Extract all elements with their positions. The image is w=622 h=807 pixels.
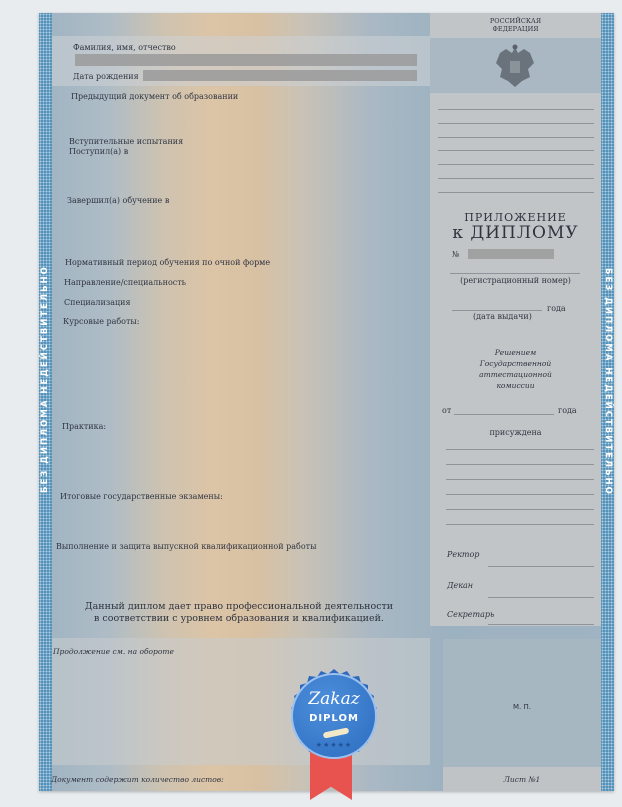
secretary-label: Секретарь — [447, 610, 494, 619]
decision-line-4: комиссии — [430, 381, 601, 390]
country-line-2: ФЕДЕРАЦИЯ — [430, 25, 601, 33]
issue-date-caption: (дата выдачи) — [473, 312, 532, 321]
continued-label: Продолжение см. на обороте — [53, 647, 174, 656]
from-label: от — [442, 406, 451, 415]
diploma-scroll-icon — [323, 727, 350, 738]
watermark-seal: Zakaz DIPLOM ★★★★★ — [285, 667, 383, 765]
lined-block-top — [430, 93, 601, 216]
enrolled-in-label: Поступил(а) в — [69, 147, 128, 156]
sheets-count-label: Документ содержит количество листов: — [51, 775, 224, 784]
coursework-label: Курсовые работы: — [63, 317, 139, 326]
rector-label: Ректор — [447, 550, 479, 559]
seal-word-text: DIPLOM — [293, 713, 375, 724]
full-name-label: Фамилия, имя, отчество — [73, 43, 176, 52]
seal-face: Zakaz DIPLOM ★★★★★ — [291, 673, 377, 759]
coat-of-arms-icon — [490, 43, 540, 89]
thesis-label: Выполнение и защита выпускной квалификац… — [56, 542, 316, 551]
number-redacted-field — [468, 249, 554, 259]
rights-line-1: Данный диплом дает право профессионально… — [49, 601, 429, 612]
left-security-strip: БЕЗ ДИПЛОМА НЕДЕЙСТВИТЕЛЬНО — [39, 13, 52, 791]
stamp-place-label: М. П. — [443, 703, 601, 711]
decision-line-1: Решением — [430, 348, 601, 357]
direction-label: Направление/специальность — [64, 278, 186, 287]
awarded-label: присуждена — [430, 428, 601, 437]
specialization-label: Специализация — [64, 298, 131, 307]
security-strip-text-right: БЕЗ ДИПЛОМА НЕДЕЙСТВИТЕЛЬНО — [603, 268, 613, 478]
right-security-strip: БЕЗ ДИПЛОМА НЕДЕЙСТВИТЕЛЬНО — [601, 13, 614, 791]
full-name-redacted-field — [75, 54, 417, 66]
issue-year-suffix: года — [547, 304, 566, 313]
stars-icon: ★★★★★ — [293, 741, 375, 749]
security-strip-text: БЕЗ ДИПЛОМА НЕДЕЙСТВИТЕЛЬНО — [40, 283, 50, 493]
normative-period-label: Нормативный период обучения по очной фор… — [65, 258, 270, 267]
from-year-suffix: года — [558, 406, 577, 415]
seal-script-text: Zakaz — [293, 689, 375, 709]
number-label: № — [452, 250, 460, 259]
practice-label: Практика: — [62, 422, 106, 431]
sheet-number-label: Лист №1 — [443, 775, 601, 784]
final-exams-label: Итоговые государственные экзамены: — [60, 492, 223, 501]
dean-label: Декан — [447, 581, 473, 590]
graduated-from-label: Завершил(а) обучение в — [67, 196, 169, 205]
reg-number-caption: (регистрационный номер) — [430, 276, 601, 285]
title-line-2: к ДИПЛОМУ — [430, 223, 601, 243]
decision-line-2: Государственной — [430, 359, 601, 368]
entrance-exams-label: Вступительные испытания — [69, 137, 183, 146]
decision-line-3: аттестационной — [430, 370, 601, 379]
previous-document-label: Предыдущий документ об образовании — [71, 92, 238, 101]
birth-date-label: Дата рождения — [73, 72, 139, 81]
country-line-1: РОССИЙСКАЯ — [430, 17, 601, 25]
rights-line-2: в соответствии с уровнем образования и к… — [49, 613, 429, 624]
birth-date-redacted-field — [143, 70, 417, 81]
